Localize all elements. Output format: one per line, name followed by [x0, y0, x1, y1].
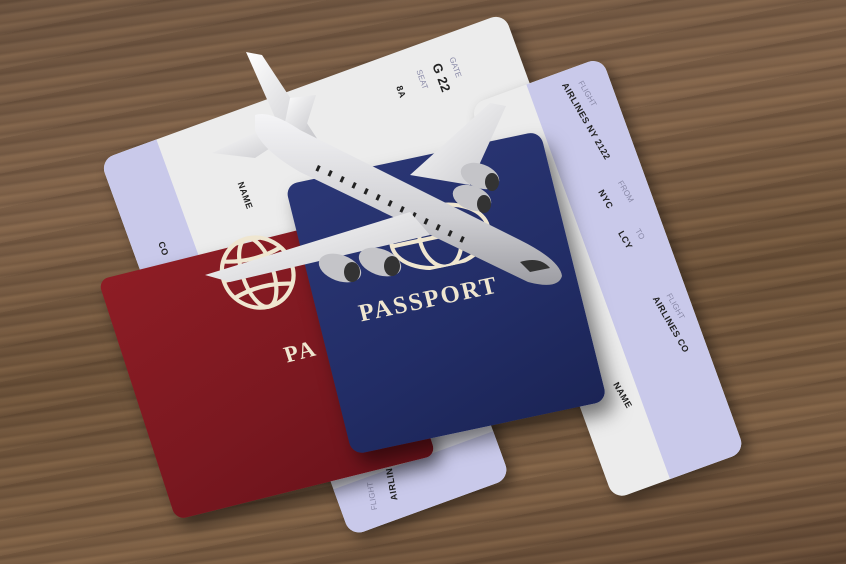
photo-scene: CO SEAT 8A GATE G 22 NAME FLIGHT AIRLIN … [0, 0, 846, 564]
airplane-model [0, 0, 846, 564]
